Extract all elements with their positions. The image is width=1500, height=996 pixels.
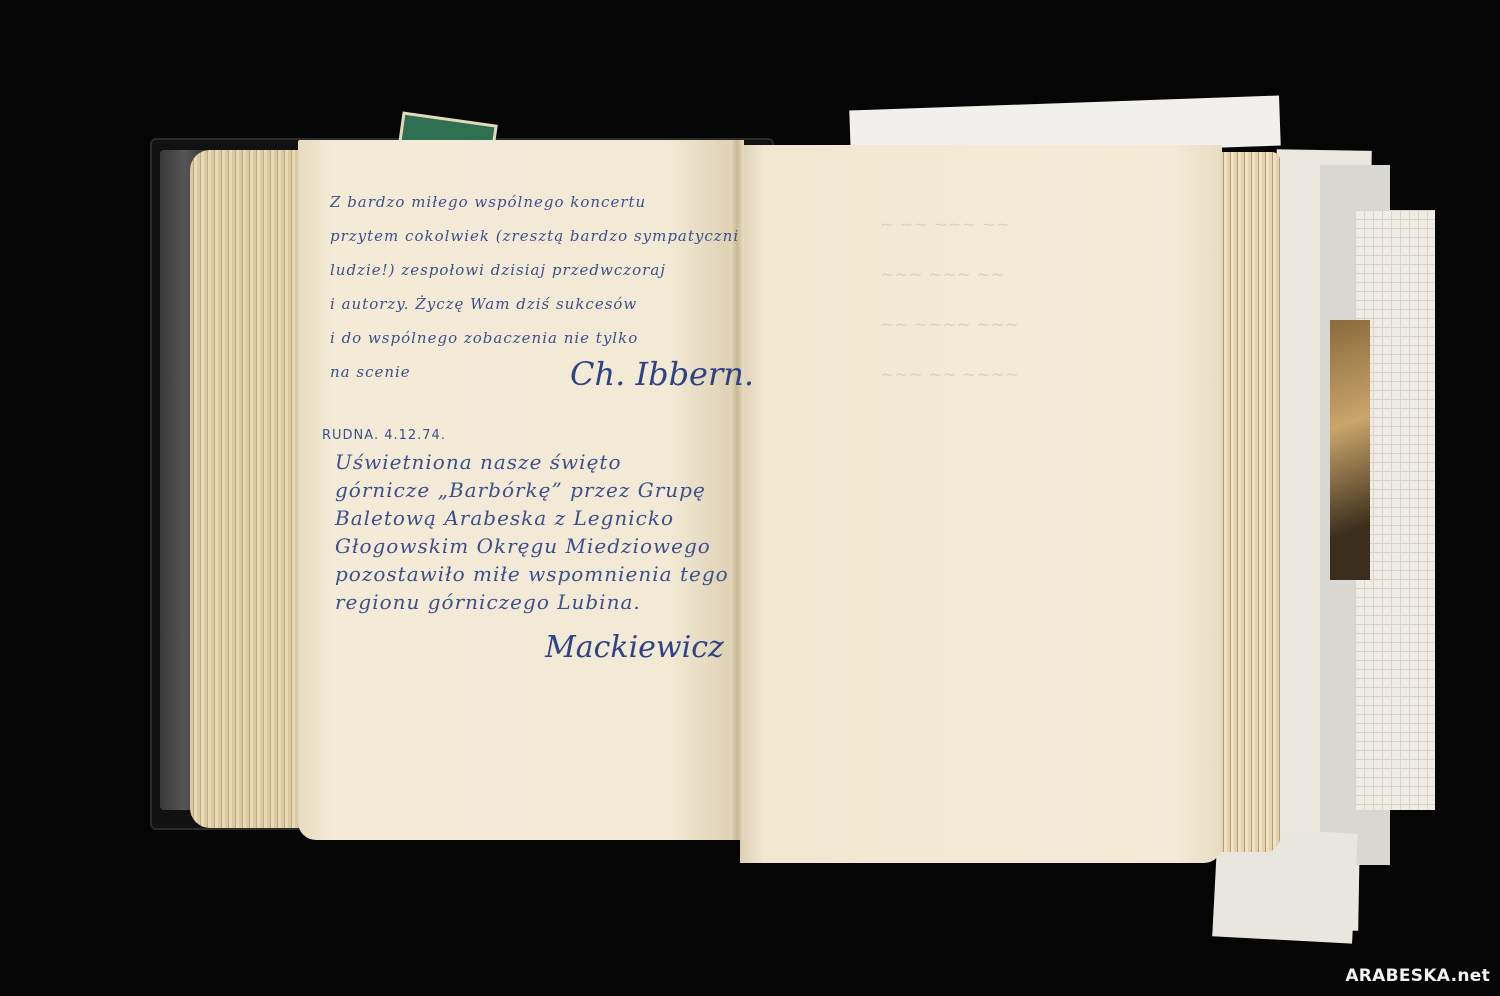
entry-line: Z bardzo miłego wspólnego koncertu [330,185,739,219]
entry-line: górnicze „Barbórkę” przez Grupę [335,476,729,504]
page-edges-left [190,150,300,828]
show-through-writing: ~ ~~ ~~~ ~~ ~~~ ~~~ ~~ ~~ ~~~~ ~~~ ~~~ ~… [880,200,1019,400]
photo-scene: Z bardzo miłego wspólnego koncertu przyt… [0,0,1500,996]
entry-line: pozostawiło miłe wspomnienia tego [335,560,729,588]
entry-line: i do wspólnego zobaczenia nie tylko [330,321,739,355]
guestbook-entry-2: Uświetniona nasze święto górnicze „Barbó… [335,448,729,616]
signature-1: Ch. Ibbern. [570,355,754,393]
entry-line: ludzie!) zespołowi dzisiaj przedwczoraj [330,253,739,287]
entry-line: przytem cokolwiek (zresztą bardzo sympat… [330,219,739,253]
photo-clipping [1330,320,1370,580]
entry-line: Uświetniona nasze święto [335,448,729,476]
entry-line: regionu górniczego Lubina. [335,588,729,616]
entry-line: i autorzy. Życzę Wam dziś sukcesów [330,287,739,321]
page-edges-right [1220,152,1280,852]
entry-line: Baletową Arabeska z Legnicko [335,504,729,532]
entry-date: RUDNA. 4.12.74. [322,428,446,443]
entry-line: Głogowskim Okręgu Miedziowego [335,532,729,560]
watermark: ARABESKA.net [1345,966,1490,986]
signature-2: Mackiewicz [545,630,724,665]
